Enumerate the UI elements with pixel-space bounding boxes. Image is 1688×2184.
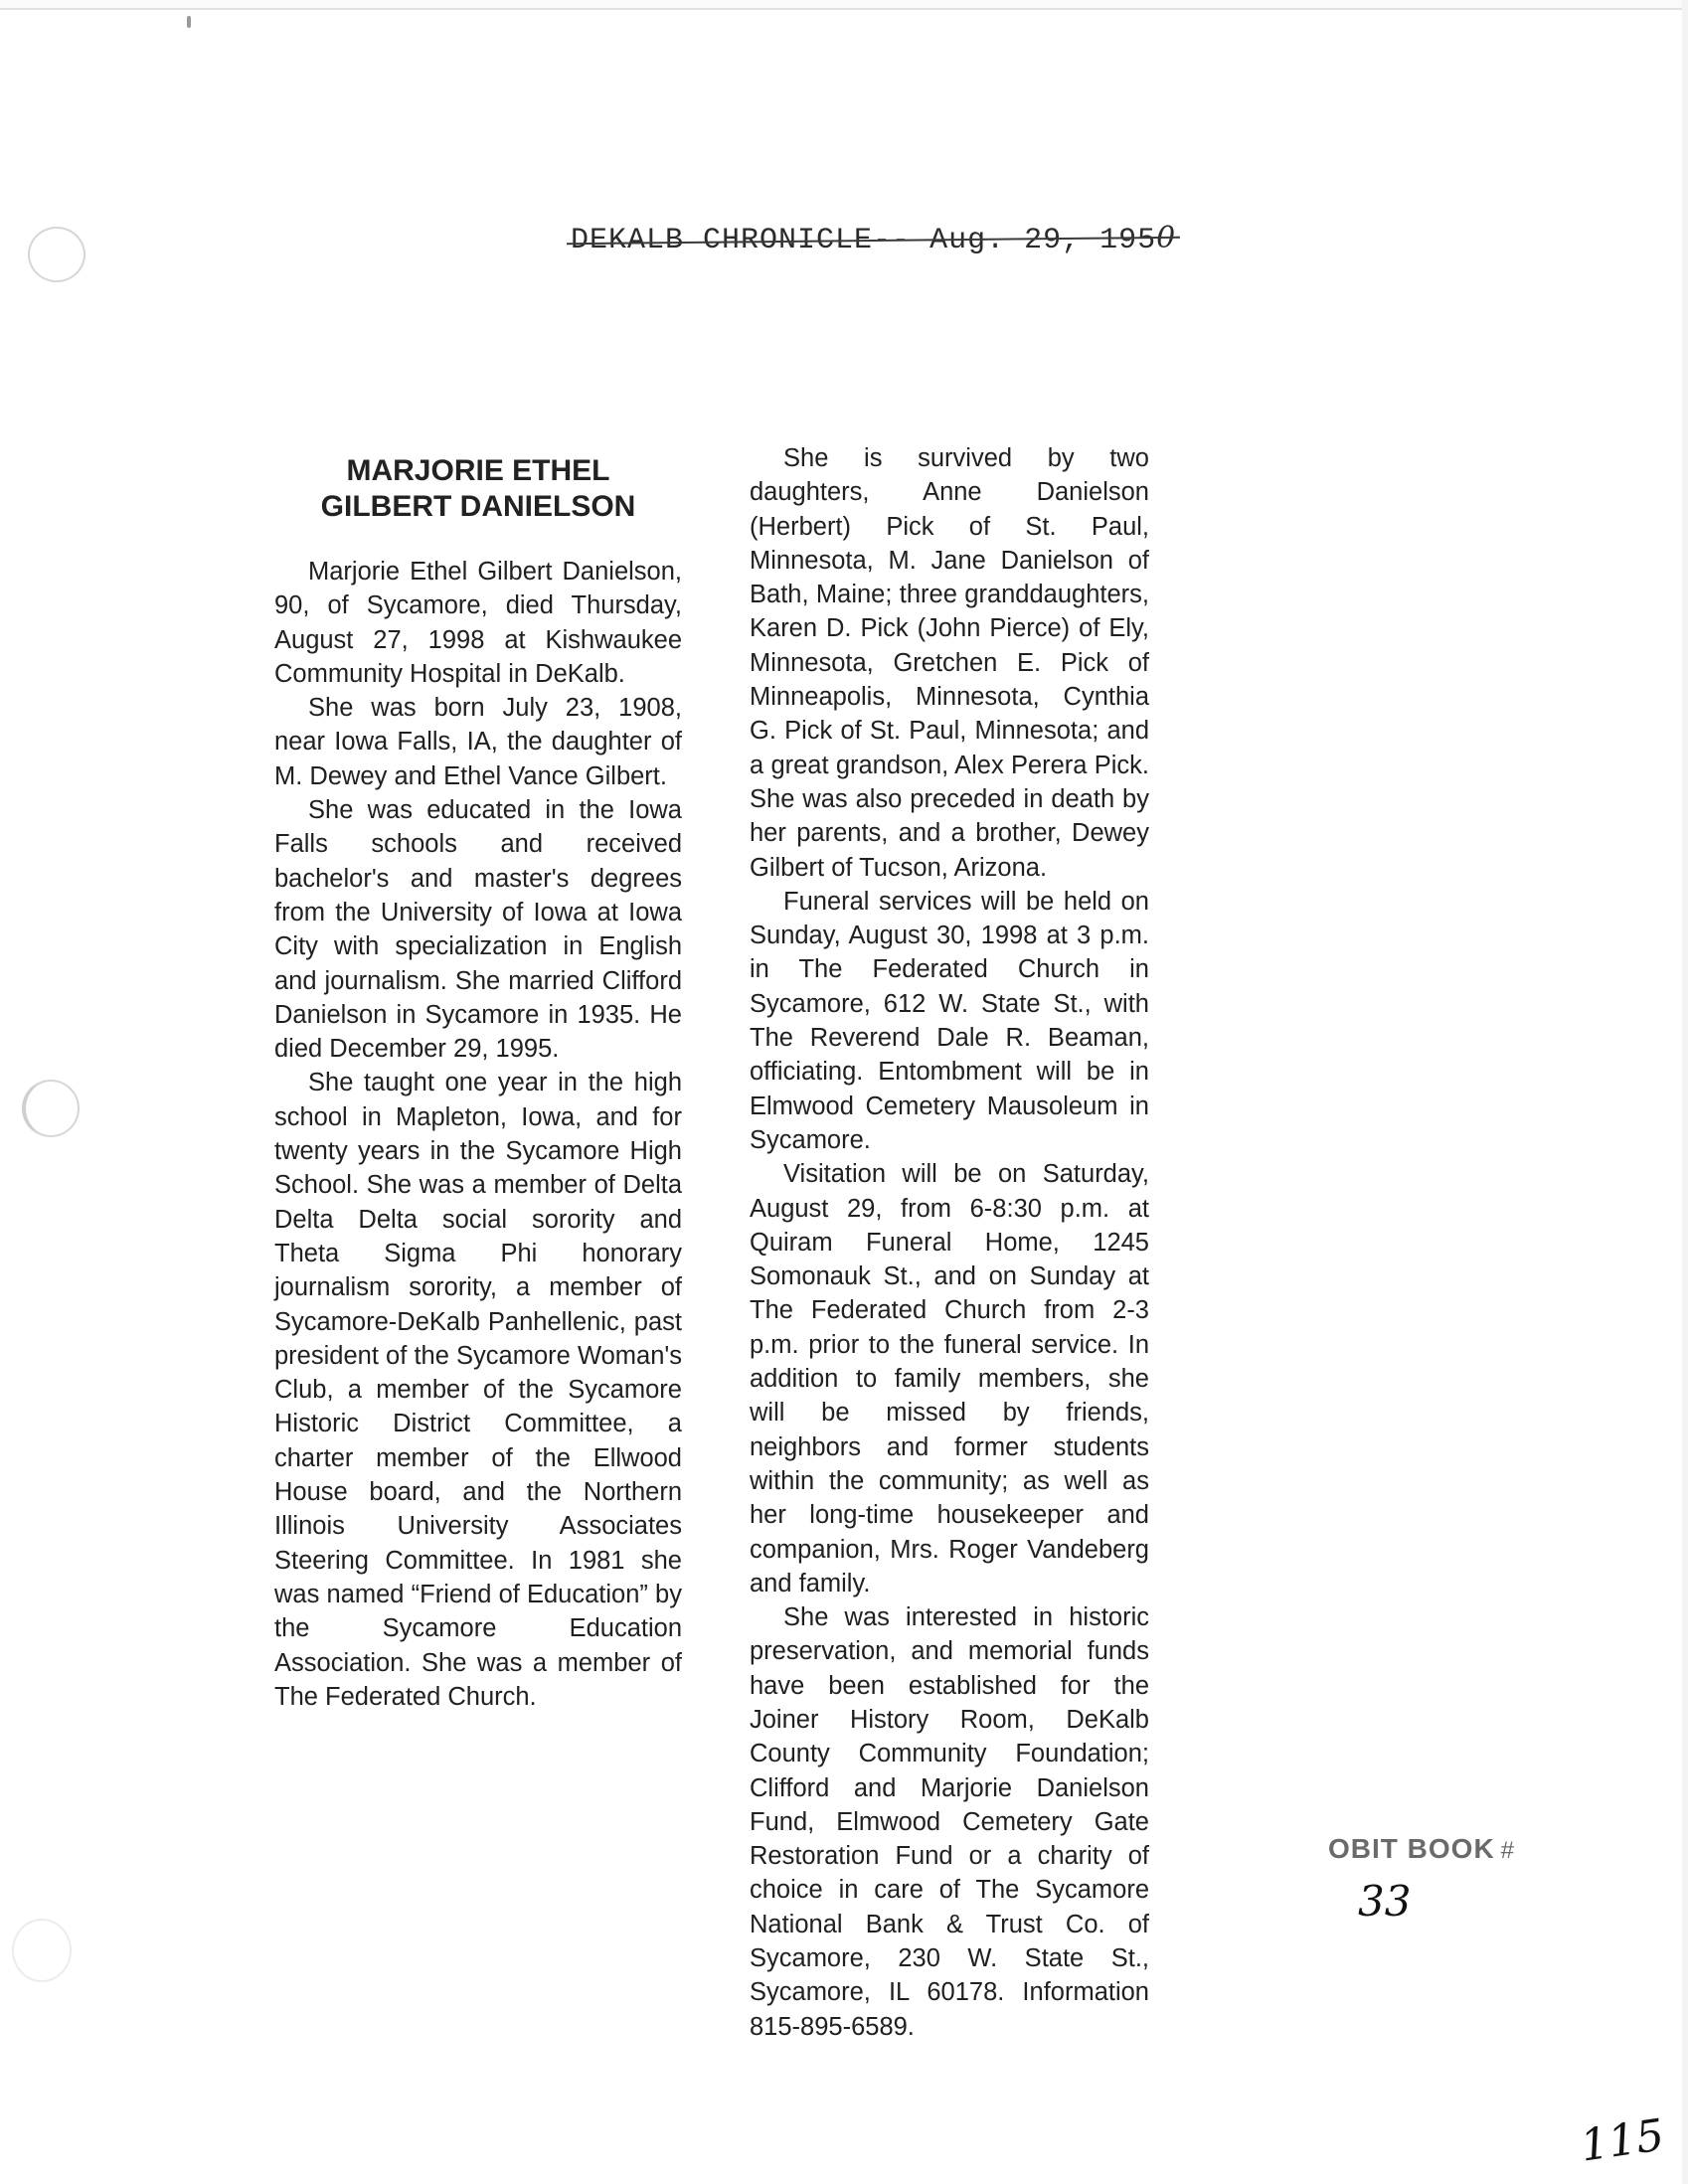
obituary-headline: MARJORIE ETHEL GILBERT DANIELSON bbox=[274, 453, 682, 525]
punch-hole-bottom bbox=[12, 1919, 72, 1982]
headline-line-1: MARJORIE ETHEL bbox=[274, 453, 682, 489]
scan-speck bbox=[187, 16, 191, 28]
right-column: She is survived by two daughters, Anne D… bbox=[750, 441, 1149, 2044]
scan-top-edge bbox=[0, 0, 1688, 10]
paragraph-memorials: She was interested in historic preservat… bbox=[750, 1600, 1149, 2044]
handwritten-book-number: 33 bbox=[1358, 1877, 1411, 1926]
hash-icon: # bbox=[1501, 1837, 1515, 1864]
paragraph-visitation: Visitation will be on Saturday, August 2… bbox=[750, 1157, 1149, 1600]
scan-right-edge bbox=[1682, 0, 1688, 2184]
paragraph-career-memberships: She taught one year in the high school i… bbox=[274, 1066, 682, 1714]
paragraph-birth: She was born July 23, 1908, near Iowa Fa… bbox=[274, 691, 682, 793]
dateline: DEKALB CHRONICLE-- Aug. 29, 1950 bbox=[571, 221, 1176, 257]
left-column: Marjorie Ethel Gilbert Danielson, 90, of… bbox=[274, 555, 682, 1714]
paragraph-death-notice: Marjorie Ethel Gilbert Danielson, 90, of… bbox=[274, 555, 682, 691]
obit-book-stamp: OBIT BOOK# bbox=[1328, 1833, 1515, 1865]
handwritten-page-number: 115 bbox=[1578, 2109, 1667, 2171]
paragraph-survivors: She is survived by two daughters, Anne D… bbox=[750, 441, 1149, 885]
paragraph-education-marriage: She was educated in the Iowa Falls schoo… bbox=[274, 793, 682, 1066]
paragraph-funeral-services: Funeral services will be held on Sunday,… bbox=[750, 885, 1149, 1157]
headline-line-2: GILBERT DANIELSON bbox=[274, 489, 682, 525]
stamp-label: OBIT BOOK bbox=[1328, 1833, 1495, 1864]
punch-hole-middle bbox=[22, 1080, 80, 1137]
punch-hole-top bbox=[28, 227, 85, 282]
